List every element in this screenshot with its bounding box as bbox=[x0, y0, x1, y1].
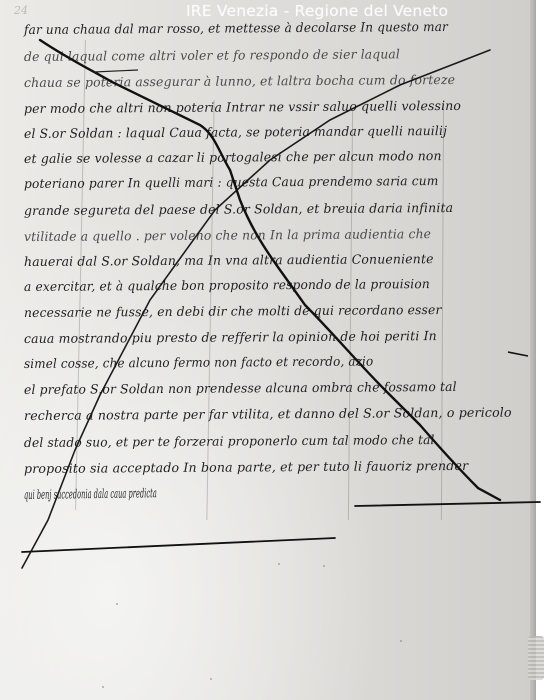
manuscript-line: qui benj succedonia dala caua predicta bbox=[24, 485, 157, 502]
manuscript-line: del stado suo, et per te forzerai propon… bbox=[24, 432, 435, 450]
paper-speck bbox=[210, 678, 212, 680]
manuscript-line: de qui laqual come altri voler et fo res… bbox=[24, 46, 400, 64]
manuscript-line: et galie se volesse a cazar li portogale… bbox=[24, 148, 442, 166]
manuscript-line: a exercitar, et à qualche bon proposito … bbox=[24, 276, 430, 294]
folio-number: 24 bbox=[14, 4, 28, 17]
manuscript-line: proposito sia acceptado In bona parte, e… bbox=[24, 458, 468, 476]
manuscript-line: chaua se poteria assegurar à lunno, et l… bbox=[24, 72, 455, 90]
manuscript-line: per modo che altri non poteria Intrar ne… bbox=[24, 98, 461, 116]
paper-speck bbox=[116, 603, 118, 605]
manuscript-line: simel cosse, che alcuno fermo non facto … bbox=[24, 353, 373, 371]
manuscript-line: caua mostrando piu presto de refferir la… bbox=[24, 328, 437, 346]
paper-tab-fragment bbox=[528, 636, 544, 680]
manuscript-page: 24 far una chaua dal mar rosso, et mette… bbox=[0, 0, 535, 700]
paper-speck bbox=[102, 686, 104, 688]
manuscript-line: hauerai dal S.or Soldan, ma In vna altra… bbox=[24, 251, 434, 269]
manuscript-line: far una chaua dal mar rosso, et mettesse… bbox=[24, 19, 448, 37]
scan-background bbox=[536, 0, 548, 700]
manuscript-line: poteriano parer In quelli mari : questa … bbox=[24, 173, 439, 191]
manuscript-line: el S.or Soldan : laqual Caua facta, se p… bbox=[24, 123, 447, 141]
manuscript-line: necessarie ne fusse, en debi dir che mol… bbox=[24, 302, 442, 320]
watermark-text: IRE Venezia - Regione del Veneto bbox=[186, 2, 448, 20]
paper-speck bbox=[278, 563, 280, 565]
manuscript-line: recherca a nostra parte per far vtilita,… bbox=[24, 405, 512, 423]
manuscript-line: vtilitade a quello . per voleno che non … bbox=[24, 226, 431, 244]
paper-speck bbox=[400, 640, 402, 642]
manuscript-line: grande segureta del paese del S.or Solda… bbox=[24, 200, 453, 218]
manuscript-line: el prefato S.or Soldan non prendesse alc… bbox=[24, 379, 457, 397]
paper-speck bbox=[323, 565, 325, 567]
